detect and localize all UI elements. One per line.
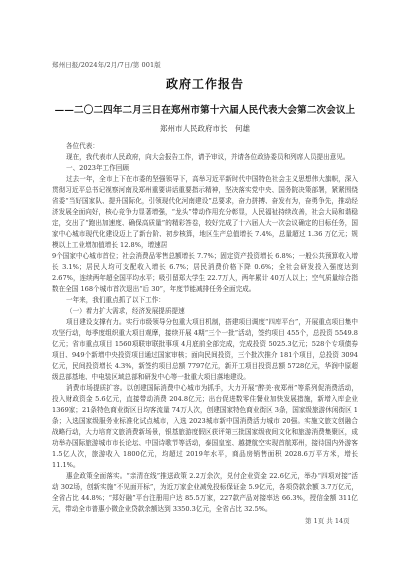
- paragraph: 项目建设支撑有力。实行市级领导分包重大项目机制，搭建项目调度“四库平台”，开展重…: [52, 317, 358, 383]
- paragraph: 惠企政策全面落实。“亲清在线”推送政策 2.2万余次，兑付企业资金 22.6亿元…: [52, 471, 358, 515]
- paragraph: 现在，我代表市人民政府，向大会报告工作，请予审议，并请各位政协委员和列席人员提出…: [52, 152, 358, 163]
- paragraph: 9个国家中心城市首位；社会消费品零售总额增长 7.7%；固定资产投资增长 6.8…: [52, 251, 358, 295]
- document-page: 郑州日报/2024年/2月/7日/第 001版 政府工作报告 ——二〇二四年二月…: [0, 0, 410, 580]
- section-heading: 一、2023年工作回顾: [52, 163, 358, 174]
- paragraph: 消费市场提质扩容。以创建国际消费中心城市为抓手，大力开展“醉美·夜郑州”等系列促…: [52, 383, 358, 471]
- subsection-heading: （一）着力扩大需求，经济发展提质提速: [52, 306, 358, 317]
- newspaper-header: 郑州日报/2024年/2月/7日/第 001版: [52, 60, 161, 69]
- paragraph: 一年来，我们重点抓了以下工作：: [52, 295, 358, 306]
- document-body: 各位代表： 现在，我代表市人民政府，向大会报告工作，请予审议，并请各位政协委员和…: [52, 141, 358, 515]
- page-number: 第 1页 共 14页: [305, 516, 350, 525]
- document-subtitle: ——二〇二四年二月三日在郑州市第十六届人民代表大会第二次会议上: [0, 102, 410, 116]
- paragraph: 过去一年，全市上下在市委的坚强领导下，高举习近平新时代中国特色社会主义思想伟大旗…: [52, 174, 358, 251]
- document-title: 政府工作报告: [0, 75, 410, 92]
- document-author: 郑州市人民政府市长 何雄: [0, 123, 410, 134]
- salutation: 各位代表：: [52, 141, 358, 152]
